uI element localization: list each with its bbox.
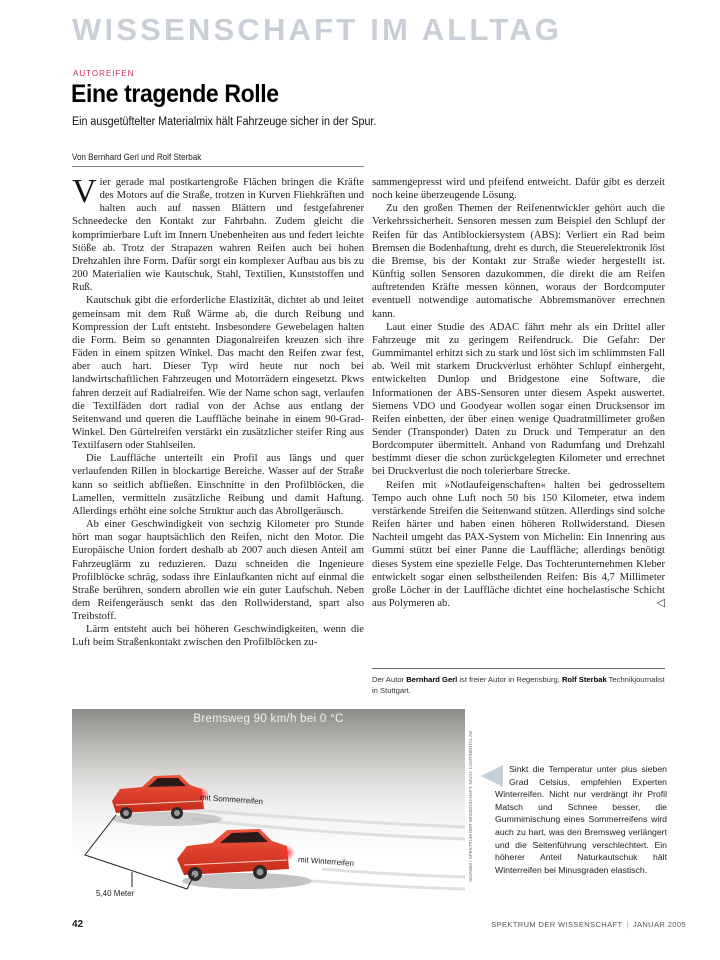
cars-illustration xyxy=(72,709,465,897)
paragraph: Laut einer Studie des ADAC fährt mehr al… xyxy=(372,321,665,479)
image-credit: SIGANIM / SPEKTRUM DER WISSENSCHAFT, NAC… xyxy=(468,710,476,882)
drop-cap: V xyxy=(72,178,97,206)
paragraph: Vier gerade mal postkartengroße Flächen … xyxy=(72,176,364,294)
article-kicker: AUTOREIFEN xyxy=(73,69,134,78)
author-name-2: Rolf Sterbak xyxy=(562,675,607,684)
distance-label: 5,40 Meter xyxy=(96,889,134,898)
paragraph: Ab einer Geschwindigkeit von sechzig Kil… xyxy=(72,518,364,623)
paragraph: Zu den großen Themen der Reifenentwickle… xyxy=(372,202,665,320)
distance-bracket xyxy=(85,815,194,889)
section-rubric: WISSENSCHAFT IM ALLTAG xyxy=(72,12,562,48)
byline: Von Bernhard Gerl und Rolf Sterbak xyxy=(72,152,364,167)
footer-publication: SPEKTRUM DER WISSENSCHAFT|JANUAR 2005 xyxy=(491,920,686,929)
paragraph: Kautschuk gibt die erforderliche Elastiz… xyxy=(72,294,364,452)
paragraph: sammengepresst wird und pfeifend entweic… xyxy=(372,176,665,202)
paragraph: Reifen mit »Notlaufeigenschaften« halten… xyxy=(372,479,665,611)
braking-distance-illustration: Bremsweg 90 km/h bei 0 °C xyxy=(72,709,465,897)
page-number: 42 xyxy=(72,919,83,930)
paragraph: Die Lauffläche unterteilt ein Profil aus… xyxy=(72,452,364,518)
byline-text: Von Bernhard Gerl und Rolf Sterbak xyxy=(72,152,201,163)
figure-caption: Sinkt die Temperatur unter plus sieben G… xyxy=(495,763,667,876)
paragraph: Lärm entsteht auch bei höheren Geschwind… xyxy=(72,623,364,649)
issue-date: JANUAR 2005 xyxy=(633,920,686,929)
author-info: Der Autor Bernhard Gerl ist freier Autor… xyxy=(372,668,665,696)
article-headline: Eine tragende Rolle xyxy=(71,80,279,109)
article-deck: Ein ausgetüftelter Materialmix hält Fahr… xyxy=(72,116,376,128)
end-of-article-icon: ◁ xyxy=(643,597,665,610)
article-column-2: sammengepresst wird und pfeifend entweic… xyxy=(372,176,665,610)
winter-car-icon xyxy=(177,829,312,889)
article-column-1: Vier gerade mal postkartengroße Flächen … xyxy=(72,176,364,650)
author-name-1: Bernhard Gerl xyxy=(406,675,457,684)
caption-arrow-icon xyxy=(481,765,503,787)
magazine-name: SPEKTRUM DER WISSENSCHAFT xyxy=(491,920,622,929)
